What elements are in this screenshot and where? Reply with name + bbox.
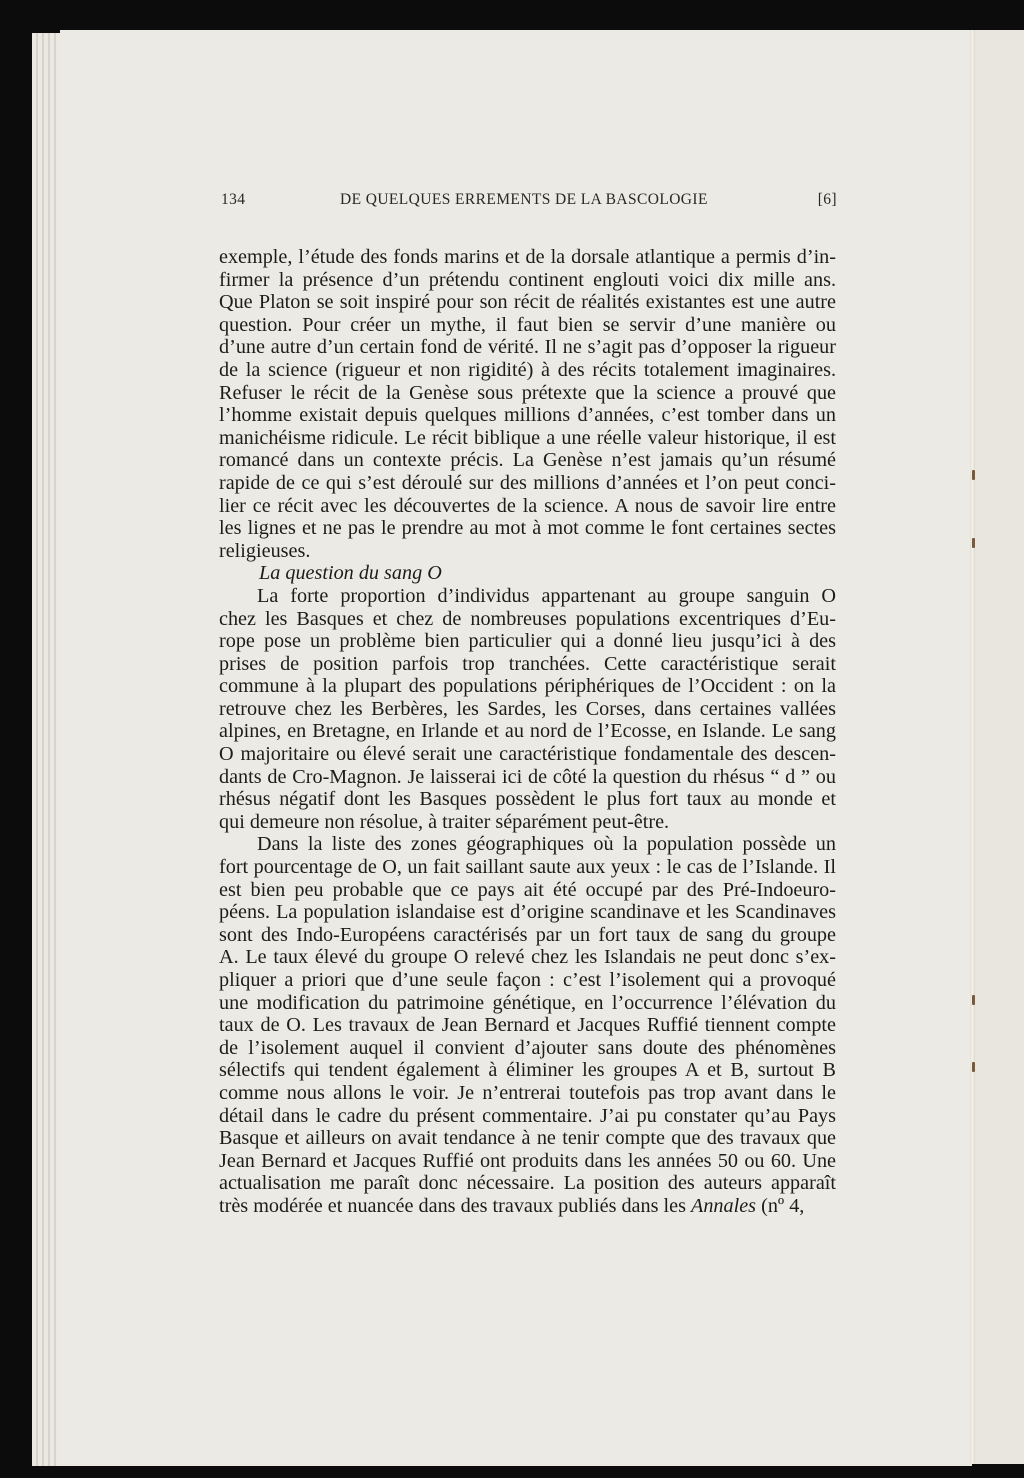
text-line: manichéisme ridicule. Le récit biblique …	[219, 427, 836, 450]
text-line: de l’isolement auquel il convient d’ajou…	[219, 1037, 836, 1060]
page-edge	[48, 33, 50, 1466]
text-line: chez les Basques et chez de nombreuses p…	[219, 608, 836, 631]
text-line: est bien peu probable que ce pays ait ét…	[219, 879, 836, 902]
text-line: sont des Indo-Européens caractérisés par…	[219, 924, 836, 947]
binding-thread-mark	[972, 538, 975, 548]
text-line: les lignes et ne pas le prendre au mot à…	[219, 517, 836, 540]
paragraph-2: La forte proportion d’individus apparten…	[219, 585, 836, 834]
binding-thread-mark	[972, 470, 975, 480]
facing-page-edge	[975, 30, 1024, 1464]
section-subheading: La question du sang O	[219, 562, 836, 585]
page-edge	[36, 33, 38, 1466]
text-line: La forte proportion d’individus apparten…	[219, 585, 836, 608]
text-span: très modérée et nuancée dans des travaux…	[219, 1195, 691, 1217]
page-number: 134	[221, 191, 245, 209]
text-line: Refuser le récit de la Genèse sous préte…	[219, 382, 836, 405]
page-edge	[54, 33, 56, 1466]
text-line: détail dans le cadre du présent commenta…	[219, 1105, 836, 1128]
text-line: dants de Cro-Magnon. Je laisserai ici de…	[219, 766, 836, 789]
text-line: rapide de ce qui s’est déroulé sur des m…	[219, 472, 836, 495]
text-line: l’homme existait depuis quelques million…	[219, 404, 836, 427]
text-line: Jean Bernard et Jacques Ruffié ont produ…	[219, 1150, 836, 1173]
text-line: exemple, l’étude des fonds marins et de …	[219, 246, 836, 269]
text-line: alpines, en Bretagne, en Irlande et au n…	[219, 720, 836, 743]
journal-title-italic: Annales	[691, 1195, 756, 1217]
text-line: Dans la liste des zones géographiques où…	[219, 833, 836, 856]
text-line: commune à la plupart des populations pér…	[219, 675, 836, 698]
text-line: très modérée et nuancée dans des travaux…	[219, 1195, 836, 1218]
text-line: prises de position parfois trop tranchée…	[219, 653, 836, 676]
paragraph-1: exemple, l’étude des fonds marins et de …	[219, 246, 836, 562]
text-line: Basque et ailleurs on avait tendance à n…	[219, 1127, 836, 1150]
paragraph-3: Dans la liste des zones géographiques où…	[219, 833, 836, 1195]
binding-thread-mark	[972, 995, 975, 1005]
text-line: A. Le taux élevé du groupe O relevé chez…	[219, 946, 836, 969]
text-span: (nº 4,	[756, 1195, 804, 1217]
text-line: question. Pour créer un mythe, il faut b…	[219, 314, 836, 337]
text-line: sélectifs qui tendent également à élimin…	[219, 1059, 836, 1082]
text-line: rope pose un problème bien particulier q…	[219, 630, 836, 653]
text-line: d’une autre d’un certain fond de vérité.…	[219, 336, 836, 359]
text-line: qui demeure non résolue, à traiter sépar…	[219, 811, 836, 834]
section-reference: [6]	[818, 191, 837, 209]
binding-thread-mark	[972, 1062, 975, 1072]
text-line: retrouve chez les Berbères, les Sardes, …	[219, 698, 836, 721]
text-line: péens. La population islandaise est d’or…	[219, 901, 836, 924]
text-line: firmer la présence d’un prétendu contine…	[219, 269, 836, 292]
text-line: fort pourcentage de O, un fait saillant …	[219, 856, 836, 879]
text-line: comme nous allons le voir. Je n’entrerai…	[219, 1082, 836, 1105]
text-line: rhésus négatif dont les Basques possèden…	[219, 788, 836, 811]
text-line: O majoritaire ou élevé serait une caract…	[219, 743, 836, 766]
text-line: actualisation me paraît donc nécessaire.…	[219, 1172, 836, 1195]
running-title: DE QUELQUES ERREMENTS DE LA BASCOLOGIE	[340, 191, 708, 209]
text-line: taux de O. Les travaux de Jean Bernard e…	[219, 1014, 836, 1037]
body-text: exemple, l’étude des fonds marins et de …	[219, 246, 836, 1218]
text-line: romancé dans un contexte précis. La Genè…	[219, 449, 836, 472]
text-line: Que Platon se soit inspiré pour son réci…	[219, 291, 836, 314]
text-line: religieuses.	[219, 540, 836, 563]
text-line: une modification du patrimoine génétique…	[219, 992, 836, 1015]
text-line: de la science (rigueur et non rigidité) …	[219, 359, 836, 382]
text-line: lier ce récit avec les découvertes de la…	[219, 495, 836, 518]
page-edge	[42, 33, 44, 1466]
text-line: pliquer a priori que d’une seule façon :…	[219, 969, 836, 992]
